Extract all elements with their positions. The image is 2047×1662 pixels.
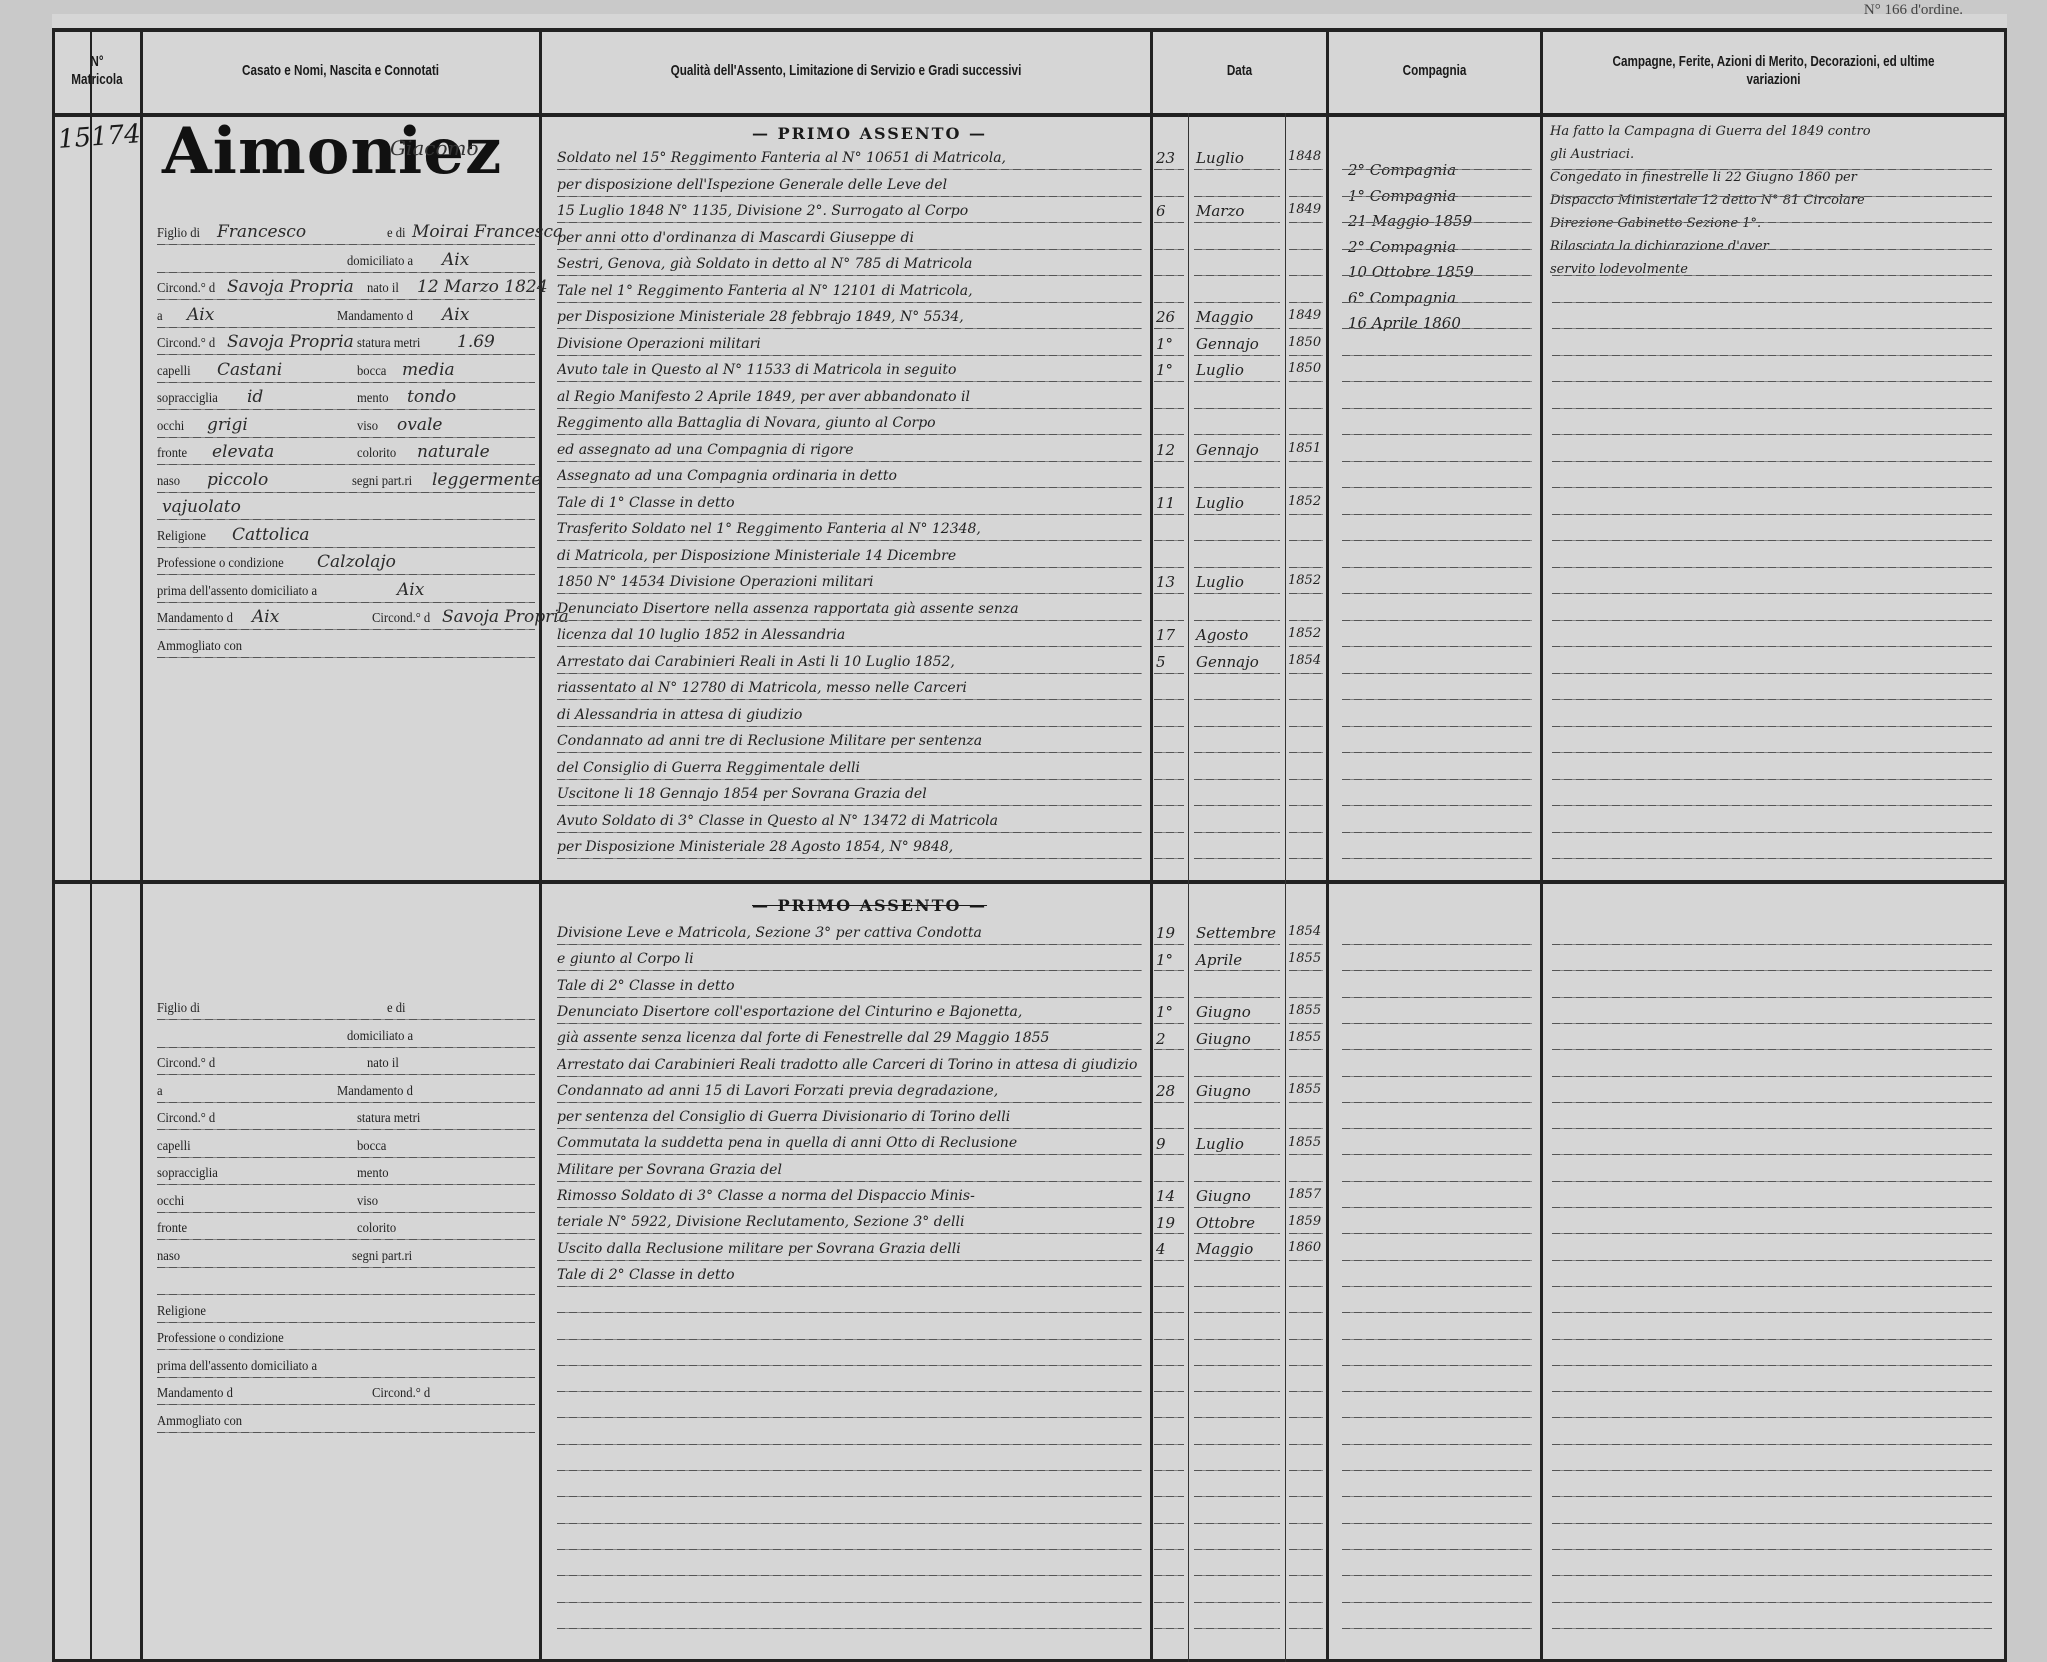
date-day: 6 — [1156, 202, 1166, 220]
ruled-line — [1194, 944, 1280, 945]
ruled-line — [1552, 1549, 1992, 1550]
form-line — [157, 1349, 535, 1350]
ruled-line — [1342, 970, 1532, 971]
form-label-figlio_di: Figlio di — [157, 1001, 200, 1017]
ruled-line — [557, 593, 1142, 594]
ruled-line — [557, 1628, 1142, 1629]
service-entry: Arrestato dai Carabinieri Reali tradotto… — [557, 1057, 1157, 1073]
date-day: 2 — [1156, 1030, 1166, 1048]
ruled-line — [1289, 673, 1323, 674]
ruled-line — [1342, 1076, 1532, 1077]
form-line — [157, 602, 535, 603]
ruled-line — [1289, 1154, 1323, 1155]
ruled-line — [557, 1023, 1142, 1024]
ruled-line — [1154, 1549, 1184, 1550]
ruled-line — [1194, 381, 1280, 382]
date-month: Luglio — [1196, 1135, 1244, 1153]
header-matricola: N° Matricola — [63, 28, 130, 113]
form-value-father: Francesco — [217, 222, 306, 242]
ruled-line — [1194, 1417, 1280, 1418]
form-value-mother: Moirai Francesca — [412, 222, 563, 242]
ruled-line — [1154, 1023, 1184, 1024]
ruled-line — [1552, 381, 1992, 382]
date-month: Giugno — [1196, 1030, 1251, 1048]
date-day: 12 — [1156, 441, 1175, 459]
date-month: Giugno — [1196, 1187, 1251, 1205]
form-line — [157, 1212, 535, 1213]
ruled-line — [557, 1602, 1142, 1603]
service-entry: Avuto Soldato di 3° Classe in Questo al … — [557, 813, 1157, 829]
form-label-fronte: fronte — [157, 1221, 187, 1237]
ruled-line — [1289, 1523, 1323, 1524]
ruled-line — [1289, 1470, 1323, 1471]
ruled-line — [557, 461, 1142, 462]
ruled-line — [557, 540, 1142, 541]
ruled-line — [1194, 1602, 1280, 1603]
ruled-line — [1342, 1023, 1532, 1024]
service-entry: di Matricola, per Disposizione Ministeri… — [557, 548, 1157, 564]
ruled-line — [1552, 1286, 1992, 1287]
ruled-line — [1289, 1549, 1323, 1550]
ruled-line — [1342, 408, 1532, 409]
ruled-line — [1289, 779, 1323, 780]
ruled-line — [1194, 1286, 1280, 1287]
form-label-statura: statura metri — [357, 1111, 420, 1127]
ruled-line — [1552, 699, 1992, 700]
ruled-line — [1552, 514, 1992, 515]
ruled-line — [1342, 1628, 1532, 1629]
ruled-line — [1194, 832, 1280, 833]
service-entry: al Regio Manifesto 2 Aprile 1849, per av… — [557, 389, 1157, 405]
ruled-line — [1552, 1154, 1992, 1155]
col-sep-5 — [1326, 28, 1329, 1662]
form-line — [157, 382, 535, 383]
ruled-line — [1289, 1628, 1323, 1629]
date-day: 1° — [1156, 361, 1173, 379]
ruled-line — [1194, 1444, 1280, 1445]
form-label-capelli: capelli — [157, 364, 191, 380]
form-line — [157, 409, 535, 410]
ruled-line — [1289, 1128, 1323, 1129]
ruled-line — [1154, 1470, 1184, 1471]
form-label-e_di: e di — [387, 226, 406, 242]
ruled-line — [1552, 673, 1992, 674]
form-line — [157, 1019, 535, 1020]
ruled-line — [1552, 275, 1992, 276]
ruled-line — [1342, 434, 1532, 435]
ruled-line — [1289, 434, 1323, 435]
form-label-circond_d: Circond.° d — [157, 336, 215, 352]
form-line — [157, 1404, 535, 1405]
ruled-line — [1154, 726, 1184, 727]
form-line — [157, 244, 535, 245]
form-label-domiciliato_a: domiciliato a — [347, 1029, 413, 1045]
ruled-line — [557, 434, 1142, 435]
ruled-line — [1154, 1233, 1184, 1234]
service-entry: teriale N° 5922, Divisione Reclutamento,… — [557, 1214, 1157, 1230]
form-line — [157, 464, 535, 465]
ruled-line — [1342, 944, 1532, 945]
header-casato: Casato e Nomi, Nascita e Connotati — [186, 28, 496, 113]
ruled-line — [1289, 805, 1323, 806]
ruled-line — [1194, 673, 1280, 674]
form-line — [157, 1377, 535, 1378]
ruled-line — [1154, 1102, 1184, 1103]
ruled-line — [1289, 752, 1323, 753]
ruled-line — [1154, 646, 1184, 647]
date-year: 1859 — [1288, 1214, 1321, 1229]
date-month: Giugno — [1196, 1003, 1251, 1021]
ruled-line — [1342, 997, 1532, 998]
ruled-line — [1342, 1260, 1532, 1261]
ruled-line — [1194, 970, 1280, 971]
ruled-line — [1552, 461, 1992, 462]
form-label-viso: viso — [357, 419, 378, 435]
ruled-line — [1552, 1102, 1992, 1103]
ruled-line — [1289, 1417, 1323, 1418]
ruled-line — [1194, 540, 1280, 541]
ruled-line — [1154, 461, 1184, 462]
form-label-capelli: capelli — [157, 1139, 191, 1155]
campagne-note: gli Austriaci. — [1550, 147, 1634, 162]
service-entry: licenza dal 10 luglio 1852 in Alessandri… — [557, 627, 1157, 643]
ruled-line — [1194, 593, 1280, 594]
ruled-line — [1289, 381, 1323, 382]
form-label-mandamento_d: Mandamento d — [337, 309, 413, 325]
date-year: 1855 — [1288, 1030, 1321, 1045]
ruled-line — [1289, 970, 1323, 971]
ruled-line — [1342, 275, 1532, 276]
ruled-line — [1154, 832, 1184, 833]
ruled-line — [1342, 249, 1532, 250]
ruled-line — [557, 858, 1142, 859]
ruled-line — [1154, 1286, 1184, 1287]
form-value-circondario2: Savoja Propria — [227, 332, 354, 352]
form-value-naso: piccolo — [207, 470, 268, 490]
date-month: Gennajo — [1196, 335, 1259, 353]
ruled-line — [1552, 540, 1992, 541]
service-entry: Sestri, Genova, già Soldato in detto al … — [557, 256, 1157, 272]
ruled-line — [1154, 169, 1184, 170]
ruled-line — [1289, 1444, 1323, 1445]
ruled-line — [557, 408, 1142, 409]
form-line — [157, 547, 535, 548]
ruled-line — [557, 779, 1142, 780]
form-value-fronte: elevata — [212, 442, 274, 462]
ruled-line — [1194, 1260, 1280, 1261]
ruled-line — [1342, 169, 1532, 170]
compagnia-entry: 10 Ottobre 1859 — [1348, 263, 1474, 281]
ruled-line — [1154, 997, 1184, 998]
ruled-line — [1289, 169, 1323, 170]
ruled-line — [1194, 487, 1280, 488]
ruled-line — [1289, 328, 1323, 329]
form-value-bocca: media — [402, 360, 455, 380]
ruled-line — [1154, 328, 1184, 329]
ruled-line — [1552, 997, 1992, 998]
date-year: 1852 — [1288, 573, 1321, 588]
ruled-line — [557, 196, 1142, 197]
service-entry: Tale nel 1° Reggimento Fanteria al N° 12… — [557, 283, 1157, 299]
date-day: 19 — [1156, 924, 1175, 942]
ruled-line — [557, 970, 1142, 971]
ruled-line — [1154, 699, 1184, 700]
primo-assento-struck: — PRIMO ASSENTO — — [752, 896, 987, 915]
date-year: 1848 — [1288, 149, 1321, 164]
form-line — [157, 1432, 535, 1433]
ruled-line — [1342, 673, 1532, 674]
date-year: 1850 — [1288, 335, 1321, 350]
ruled-line — [1342, 1049, 1532, 1050]
ruled-line — [1552, 249, 1992, 250]
ruled-line — [1154, 1076, 1184, 1077]
ruled-line — [557, 1154, 1142, 1155]
date-year: 1849 — [1288, 202, 1321, 217]
ruled-line — [1342, 1470, 1532, 1471]
ruled-line — [1552, 1496, 1992, 1497]
ruled-line — [1342, 461, 1532, 462]
ruled-line — [1552, 1391, 1992, 1392]
ruled-line — [1552, 752, 1992, 753]
form-value-segni_cont: vajuolato — [162, 497, 241, 517]
ruled-line — [1154, 1207, 1184, 1208]
ruled-line — [1154, 673, 1184, 674]
ruled-line — [1342, 196, 1532, 197]
ruled-line — [1194, 434, 1280, 435]
header-campagne: Campagne, Ferite, Azioni di Merito, Deco… — [1594, 28, 1954, 113]
ruled-line — [557, 1444, 1142, 1445]
ruled-line — [1289, 699, 1323, 700]
ruled-line — [1289, 997, 1323, 998]
ruled-line — [557, 1365, 1142, 1366]
matricola-number: 15174 — [57, 119, 142, 155]
ruled-line — [1552, 1233, 1992, 1234]
form-value-birth_place: Aix — [187, 305, 214, 325]
form-line — [157, 437, 535, 438]
ruled-line — [1342, 1496, 1532, 1497]
ruled-line — [1289, 832, 1323, 833]
service-entry: Militare per Sovrana Grazia del — [557, 1162, 1157, 1178]
date-month: Luglio — [1196, 573, 1244, 591]
form-label-religione: Religione — [157, 529, 206, 545]
ruled-line — [1552, 726, 1992, 727]
form-label-fronte: fronte — [157, 446, 187, 462]
ruled-line — [1194, 726, 1280, 727]
ruled-line — [1194, 1181, 1280, 1182]
ruled-line — [1154, 222, 1184, 223]
ruled-line — [1289, 944, 1323, 945]
form-value-statura: 1.69 — [457, 332, 495, 352]
form-line — [157, 1074, 535, 1075]
ruled-line — [1342, 1575, 1532, 1576]
ruled-line — [1552, 779, 1992, 780]
form-value-domicile: Aix — [442, 250, 469, 270]
register-page: N° 166 d'ordine. N° Matricola Casato e N… — [52, 14, 2007, 1662]
ruled-line — [1342, 593, 1532, 594]
ruled-line — [557, 1549, 1142, 1550]
ruled-line — [1552, 302, 1992, 303]
service-entry: e giunto al Corpo li — [557, 951, 1157, 967]
ruled-line — [1289, 514, 1323, 515]
form-label-mandamento2: Mandamento d — [157, 611, 233, 627]
form-line — [157, 1102, 535, 1103]
ruled-line — [1342, 381, 1532, 382]
date-sub-sep-2 — [1285, 113, 1286, 1662]
ruled-line — [1154, 1523, 1184, 1524]
ruled-line — [557, 832, 1142, 833]
ruled-line — [557, 328, 1142, 329]
date-year: 1854 — [1288, 653, 1321, 668]
ruled-line — [557, 1339, 1142, 1340]
ruled-line — [1289, 196, 1323, 197]
form-line — [157, 327, 535, 328]
ruled-line — [1289, 408, 1323, 409]
ruled-line — [1342, 1444, 1532, 1445]
form-line — [157, 1239, 535, 1240]
ruled-line — [1342, 1154, 1532, 1155]
ruled-line — [1194, 302, 1280, 303]
ruled-line — [1154, 1128, 1184, 1129]
form-label-a: a — [157, 1084, 163, 1100]
form-line — [157, 272, 535, 273]
ruled-line — [557, 699, 1142, 700]
ruled-line — [557, 1102, 1142, 1103]
ruled-line — [1194, 805, 1280, 806]
ruled-line — [557, 944, 1142, 945]
form-label-bocca: bocca — [357, 364, 386, 380]
date-month: Luglio — [1196, 361, 1244, 379]
form-label-nato_il: nato il — [367, 1056, 399, 1072]
service-entry: per sentenza del Consiglio di Guerra Div… — [557, 1109, 1157, 1125]
ruled-line — [557, 673, 1142, 674]
date-day: 17 — [1156, 626, 1175, 644]
date-month: Agosto — [1196, 626, 1248, 644]
form-label-segni: segni part.ri — [352, 474, 412, 490]
ruled-line — [1552, 805, 1992, 806]
ruled-line — [1342, 1207, 1532, 1208]
ruled-line — [1194, 1233, 1280, 1234]
form-line — [157, 1157, 535, 1158]
service-entry: Denunciato Disertore nella assenza rappo… — [557, 601, 1157, 617]
ruled-line — [1552, 832, 1992, 833]
date-year: 1860 — [1288, 1240, 1321, 1255]
compagnia-entry: 2° Compagnia — [1348, 161, 1456, 179]
ruled-line — [557, 355, 1142, 356]
ruled-line — [1289, 461, 1323, 462]
date-day: 1° — [1156, 335, 1173, 353]
ruled-line — [1194, 1628, 1280, 1629]
ruled-line — [1154, 434, 1184, 435]
ruled-line — [1342, 1417, 1532, 1418]
ruled-line — [557, 805, 1142, 806]
date-month: Gennajo — [1196, 441, 1259, 459]
service-entry: Soldato nel 15° Reggimento Fanteria al N… — [557, 150, 1157, 166]
ruled-line — [1342, 699, 1532, 700]
ruled-line — [1342, 487, 1532, 488]
ruled-line — [1289, 726, 1323, 727]
ruled-line — [557, 1207, 1142, 1208]
frame-left — [52, 28, 55, 1662]
ruled-line — [1154, 196, 1184, 197]
ruled-line — [1552, 222, 1992, 223]
ruled-line — [1289, 1602, 1323, 1603]
ruled-line — [1342, 1602, 1532, 1603]
ruled-line — [557, 726, 1142, 727]
ruled-line — [1194, 1496, 1280, 1497]
ruled-line — [1552, 1575, 1992, 1576]
ruled-line — [1552, 434, 1992, 435]
ruled-line — [1552, 355, 1992, 356]
ruled-line — [557, 1049, 1142, 1050]
form-line — [157, 1267, 535, 1268]
ruled-line — [1552, 328, 1992, 329]
ruled-line — [1154, 487, 1184, 488]
form-label-circond_d: Circond.° d — [157, 1111, 215, 1127]
ruled-line — [1289, 540, 1323, 541]
ruled-line — [1194, 275, 1280, 276]
date-day: 5 — [1156, 653, 1166, 671]
service-entry: Condannato ad anni tre di Reclusione Mil… — [557, 733, 1157, 749]
form-line — [157, 574, 535, 575]
form-label-professione: Professione o condizione — [157, 1331, 284, 1347]
ruled-line — [1194, 779, 1280, 780]
form-value-professione: Calzolajo — [317, 552, 396, 572]
ruled-line — [1552, 408, 1992, 409]
ruled-line — [1342, 646, 1532, 647]
form-value-capelli: Castani — [217, 360, 282, 380]
ruled-line — [557, 275, 1142, 276]
date-day: 19 — [1156, 1214, 1175, 1232]
ruled-line — [557, 1181, 1142, 1182]
ruled-line — [1194, 169, 1280, 170]
date-month: Aprile — [1196, 951, 1242, 969]
form-label-circond_d: Circond.° d — [157, 281, 215, 297]
service-entry: 1850 N° 14534 Divisione Operazioni milit… — [557, 574, 1157, 590]
ruled-line — [1194, 1470, 1280, 1471]
ruled-line — [1342, 222, 1532, 223]
service-entry: Tale di 1° Classe in detto — [557, 495, 1157, 511]
service-entry: di Alessandria in attesa di giudizio — [557, 707, 1157, 723]
ruled-line — [1289, 567, 1323, 568]
ruled-line — [1289, 858, 1323, 859]
ruled-line — [1194, 408, 1280, 409]
compagnia-entry: 16 Aprile 1860 — [1348, 314, 1461, 332]
service-entry: riassentato al N° 12780 di Matricola, me… — [557, 680, 1157, 696]
service-entry: per disposizione dell'Ispezione Generale… — [557, 177, 1157, 193]
date-year: 1855 — [1288, 1003, 1321, 1018]
ruled-line — [557, 997, 1142, 998]
ruled-line — [557, 1523, 1142, 1524]
ruled-line — [1342, 1312, 1532, 1313]
ruled-line — [1154, 1312, 1184, 1313]
service-entry: Avuto tale in Questo al N° 11533 di Matr… — [557, 362, 1157, 378]
service-entry: Uscitone li 18 Gennajo 1854 per Sovrana … — [557, 786, 1157, 802]
service-entry: del Consiglio di Guerra Reggimentale del… — [557, 760, 1157, 776]
ruled-line — [1194, 1575, 1280, 1576]
ruled-line — [1154, 302, 1184, 303]
date-year: 1850 — [1288, 361, 1321, 376]
compagnia-entry: 6° Compagnia — [1348, 289, 1456, 307]
date-day: 23 — [1156, 149, 1175, 167]
form-value-circond2: Savoja Propria — [442, 607, 569, 627]
ruled-line — [1154, 1339, 1184, 1340]
ruled-line — [1194, 1076, 1280, 1077]
ruled-line — [1154, 1391, 1184, 1392]
ruled-line — [1552, 1339, 1992, 1340]
ruled-line — [1154, 1628, 1184, 1629]
ruled-line — [1289, 1260, 1323, 1261]
ruled-line — [1154, 1575, 1184, 1576]
